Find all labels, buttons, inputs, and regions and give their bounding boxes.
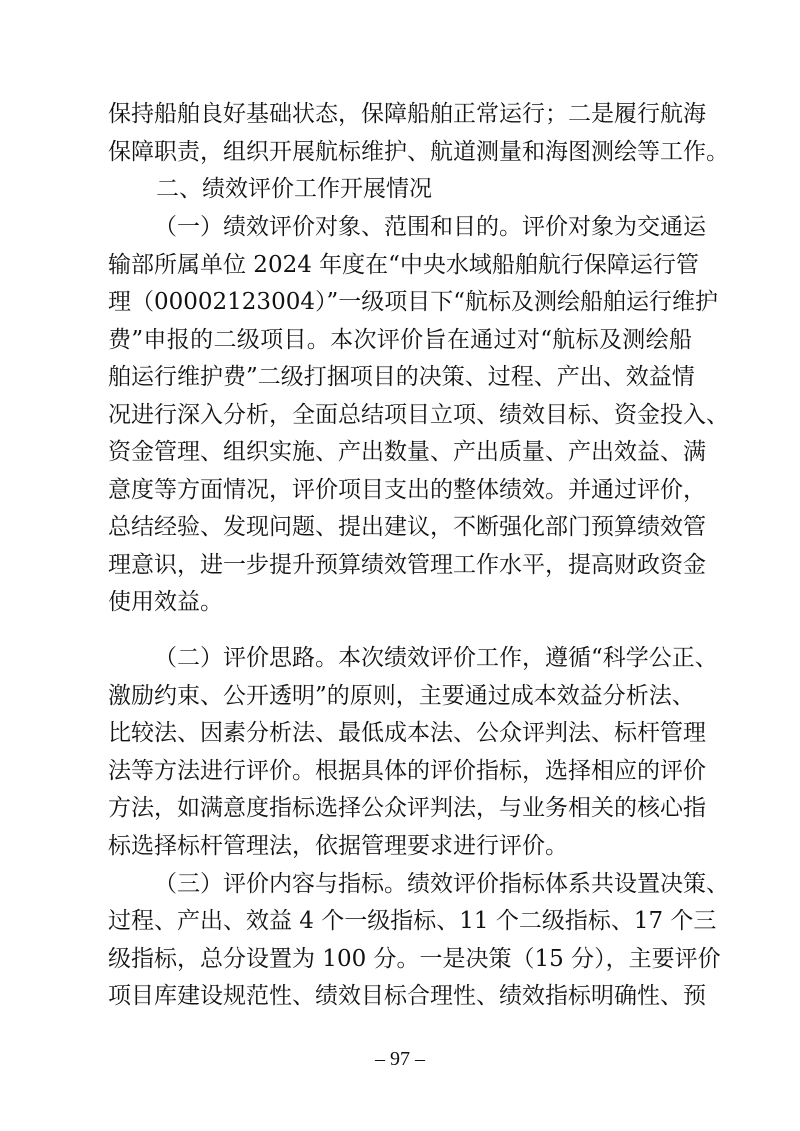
paragraph-line: 输部所属单位 2024 年度在“中央水域船舶航行保障运行管 (108, 247, 692, 284)
paragraph-line: 级指标，总分设置为 100 分。一是决策（15 分），主要评价 (108, 941, 692, 978)
page-number: – 97 – (0, 1048, 800, 1071)
paragraph-line: 意度等方面情况，评价项目支出的整体绩效。并通过评价， (108, 472, 692, 509)
section-heading: 二、绩效评价工作开展情况 (156, 171, 740, 208)
paragraph-line: 法等方法进行评价。根据具体的评价指标，选择相应的评价 (108, 753, 692, 790)
paragraph-line: 过程、产出、效益 4 个一级指标、11 个二级指标、17 个三 (108, 903, 692, 940)
paragraph-line: 总结经验、发现问题、提出建议，不断强化部门预算绩效管 (108, 509, 692, 546)
paragraph-line: （三）评价内容与指标。绩效评价指标体系共设置决策、 (154, 866, 692, 903)
paragraph-line: 况进行深入分析，全面总结项目立项、绩效目标、资金投入、 (108, 397, 692, 434)
paragraph-line: 理意识，进一步提升预算绩效管理工作水平，提高财政资金 (108, 547, 692, 584)
paragraph-line: 比较法、因素分析法、最低成本法、公众评判法、标杆管理 (108, 715, 692, 752)
paragraph-line: 激励约束、公开透明”的原则，主要通过成本效益分析法、 (108, 678, 692, 715)
paragraph-line: 理（00002123004）”一级项目下“航标及测绘船舶运行维护 (108, 284, 692, 321)
paragraph-line: 项目库建设规范性、绩效目标合理性、绩效指标明确性、预 (108, 978, 692, 1015)
paragraph-line: 使用效益。 (108, 584, 692, 621)
paragraph-line: 标选择标杆管理法，依据管理要求进行评价。 (108, 828, 692, 865)
paragraph-line: （二）评价思路。本次绩效评价工作，遵循“科学公正、 (154, 640, 692, 677)
paragraph-line: 方法，如满意度指标选择公众评判法，与业务相关的核心指 (108, 790, 692, 827)
paragraph-line: 保持船舶良好基础状态，保障船舶正常运行；二是履行航海 (108, 96, 692, 133)
paragraph-line: 费”申报的二级项目。本次评价旨在通过对“航标及测绘船 (108, 322, 692, 359)
paragraph-line: 舶运行维护费”二级打捆项目的决策、过程、产出、效益情 (108, 359, 692, 396)
paragraph-line: （一）绩效评价对象、范围和目的。评价对象为交通运 (154, 209, 692, 246)
document-page: 保持船舶良好基础状态，保障船舶正常运行；二是履行航海 保障职责，组织开展航标维护… (0, 0, 800, 1131)
paragraph-line: 保障职责，组织开展航标维护、航道测量和海图测绘等工作。 (108, 134, 692, 171)
paragraph-line: 资金管理、组织实施、产出数量、产出质量、产出效益、满 (108, 434, 692, 471)
